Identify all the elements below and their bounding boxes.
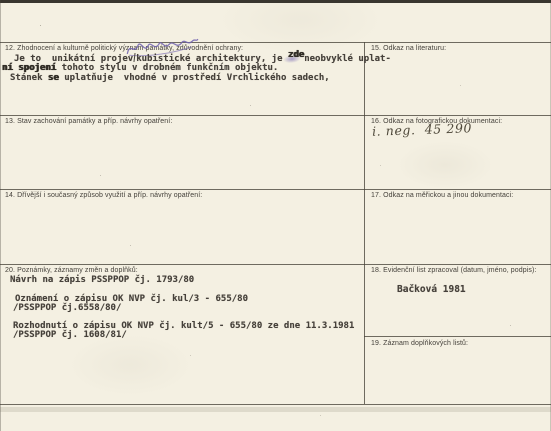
grid-line-row2 [0,115,551,116]
field-18-label: 18. Evidenční list zpracoval (datum, jmé… [371,266,537,275]
grid-line-row3 [0,189,551,190]
grid-line-row5-right [364,336,551,337]
typed-text-20-line5: /PSSPPOP čj. 1608/81/ [13,330,127,340]
scanned-form-page: 12. Zhodnocení a kulturně politický význ… [0,0,551,431]
typed-segment: neobvyklé uplat- [304,54,391,64]
grid-line-bottom [0,404,551,405]
overtyped-segment: ní spojení [2,63,56,73]
grid-line-row4 [0,264,551,265]
typed-segment: Stánek [10,73,48,83]
typed-text-20-line1: Návrh na zápis PSSPPOP čj. 1793/80 [10,275,194,285]
scan-edge-top [0,0,551,3]
typed-segment: tohoto stylu v drobném funkčním objektu. [56,63,278,73]
field-17-label: 17. Odkaz na měřickou a jinou dokumentac… [371,191,513,200]
field-20-label: 20. Poznámky, záznamy změn a doplňků: [5,266,138,275]
typed-text-20-line3: /PSSPPOP čj.6558/80/ [13,303,121,313]
grid-line-column-divider [364,42,365,404]
typed-text-12-line2: ní spojení tohoto stylu v drobném funkčn… [2,63,278,73]
field-15-label: 15. Odkaz na literaturu: [371,44,446,53]
field-14-label: 14. Dřívější i současný způsob využití a… [5,191,202,200]
field-13-label: 13. Stav zachování památky a příp. návrh… [5,117,172,126]
grid-line-top [0,42,551,43]
scan-shadow-bottom [0,407,551,412]
typed-text-12-line3: Stánek se uplatňuje vhodné v prostředí V… [10,73,330,83]
typed-segment: uplatňuje vhodné v prostředí Vrchlického… [59,73,330,83]
handwritten-note-16: i. neg. 45 290 [372,120,473,138]
field-19-label: 19. Záznam doplňkových listů: [371,339,468,348]
typed-text-18: Bačková 1981 [397,285,466,295]
overtyped-segment: se [48,73,59,83]
paper-specks [40,25,41,26]
inserted-word: zde [288,50,304,60]
scan-edge-left [0,0,1,431]
